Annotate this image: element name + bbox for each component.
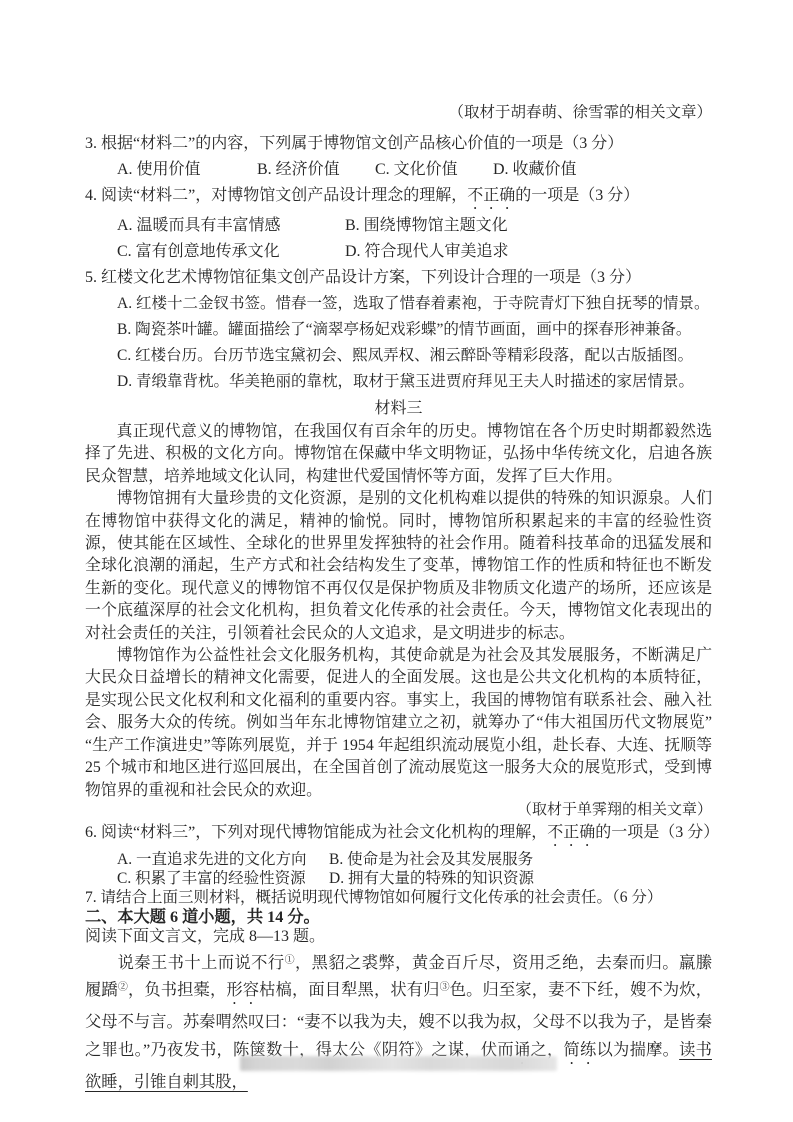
question-6-options-row2: C. 积累了丰富的经验性资源D. 拥有大量的特殊的知识资源 xyxy=(85,869,712,888)
material2-source-note: （取材于胡春萌、徐雪霏的相关文章） xyxy=(85,103,712,123)
question-7-stem: 7. 请结合上面三则材料，概括说明现代博物馆如何履行文化传承的社会责任。（6 分… xyxy=(85,888,712,907)
wenyan-seg-7: 以为揣摩。 xyxy=(597,1040,680,1059)
wenyan-seg-3: ，负书担橐， xyxy=(128,980,226,999)
wenyan-emphasis-1: 形容 xyxy=(226,980,259,999)
wenyan-emphasis-3: 简练 xyxy=(563,1040,596,1059)
wenyan-note-1: ① xyxy=(285,955,295,966)
q5-option-b: B. 陶瓷茶叶罐。罐面描绘了“滴翠亭杨妃戏彩蝶”的情节画面，画中的探春形神兼备。 xyxy=(85,317,712,343)
classical-text: 说秦王书十上而说不行①，黑貂之裘弊，黄金百斤尽，资用乏绝，去秦而归。羸縢履蹻②，… xyxy=(85,949,712,1096)
wenyan-seg-4: 枯槁，面目犁黑，状有归 xyxy=(259,980,439,999)
material3-heading: 材料三 xyxy=(85,397,712,421)
q4-option-a: A. 温暖而具有丰富情感 xyxy=(117,213,345,239)
question-4-options-row2: C. 富有创意地传承文化D. 符合现代人审美追求 xyxy=(85,239,712,265)
q4-option-b: B. 围绕博物馆主题文化 xyxy=(345,213,712,239)
question-3-options: A. 使用价值B. 经济价值C. 文化价值D. 收藏价值 xyxy=(85,157,712,183)
q5-option-d: D. 青缎靠背枕。华美艳丽的靠枕，取材于黛玉进贾府拜见王夫人时描述的家居情景。 xyxy=(85,369,712,395)
q4-option-c: C. 富有创意地传承文化 xyxy=(117,239,345,265)
wenyan-note-3: ③ xyxy=(440,982,450,993)
question-4-stem: 4. 阅读“材料二”，对博物馆文创产品设计理念的理解，不正确的一项是（3 分） xyxy=(85,183,712,213)
q6-option-b: B. 使命是为社会及其发展服务 xyxy=(329,850,712,869)
q6-stem-emphasis: 不正确 xyxy=(547,824,595,841)
question-5-stem: 5. 红楼文化艺术博物馆征集文创产品设计方案，下列设计合理的一项是（3 分） xyxy=(85,265,712,291)
question-6-block: 6. 阅读“材料三”，下列对现代博物馆能成为社会文化机构的理解，不正确的一项是（… xyxy=(85,822,712,888)
question-3-stem: 3. 根据“材料二”的内容，下列属于博物馆文创产品核心价值的一项是（3 分） xyxy=(85,131,712,157)
question-6-stem: 6. 阅读“材料三”，下列对现代博物馆能成为社会文化机构的理解，不正确的一项是（… xyxy=(85,822,712,850)
q4-stem-emphasis: 不正确 xyxy=(467,187,515,204)
wenyan-note-2: ② xyxy=(118,982,128,993)
material3-paragraph-1: 真正现代意义的博物馆，在我国仅有百余年的历史。博物馆在各个历史时期都毅然选择了先… xyxy=(85,421,712,488)
page-content: （取材于胡春萌、徐雪霏的相关文章） 3. 根据“材料二”的内容，下列属于博物馆文… xyxy=(85,103,712,1095)
q3-option-b: B. 经济价值 xyxy=(257,157,375,183)
q6-option-c: C. 积累了丰富的经验性资源 xyxy=(117,869,329,888)
exam-page: （取材于胡春萌、徐雪霏的相关文章） 3. 根据“材料二”的内容，下列属于博物馆文… xyxy=(0,0,793,1122)
q3-option-a: A. 使用价值 xyxy=(117,157,257,183)
q3-option-d: D. 收藏价值 xyxy=(493,157,712,183)
wenyan-seg-1: 说秦王书十上而说不行 xyxy=(118,953,285,972)
q5-option-c: C. 红楼台历。台历节选宝黛初会、熙凤弄权、湘云醉卧等精彩段落，配以古版插图。 xyxy=(85,343,712,369)
q6-stem-pre: 6. 阅读“材料三”，下列对现代博物馆能成为社会文化机构的理解， xyxy=(85,824,547,841)
section2-heading: 二、本大题 6 道小题，共 14 分。 xyxy=(85,907,712,927)
question-4-options-row1: A. 温暖而具有丰富情感B. 围绕博物馆主题文化 xyxy=(85,213,712,239)
q3-option-c: C. 文化价值 xyxy=(375,157,493,183)
material3-paragraph-3: 博物馆作为公益性社会文化服务机构，其使命就是为社会及其发展服务，不断满足广大民众… xyxy=(85,645,712,802)
q4-option-d: D. 符合现代人审美追求 xyxy=(345,239,712,265)
material3-source-note: （取材于单霁翔的相关文章） xyxy=(85,802,712,819)
material3-paragraph-2: 博物馆拥有大量珍贵的文化资源，是别的文化机构难以提供的特殊的知识源泉。人们在博物… xyxy=(85,488,712,645)
question-6-options-row1: A. 一直追求先进的文化方向B. 使命是为社会及其发展服务 xyxy=(85,850,712,869)
section2-intro: 阅读下面文言文，完成 8—13 题。 xyxy=(85,927,712,947)
q6-option-a: A. 一直追求先进的文化方向 xyxy=(117,850,329,869)
q6-option-d: D. 拥有大量的特殊的知识资源 xyxy=(329,869,712,888)
q6-stem-post: 的一项是（3 分） xyxy=(595,824,719,841)
q4-stem-post: 的一项是（3 分） xyxy=(515,187,639,204)
q4-stem-pre: 4. 阅读“材料二”，对博物馆文创产品设计理念的理解， xyxy=(85,187,467,204)
q5-option-a: A. 红楼十二金钗书签。惜春一签，选取了惜春着素袍，于寺院青灯下独自抚琴的情景。 xyxy=(85,291,712,317)
watermark-redacted-bar xyxy=(240,1056,557,1071)
